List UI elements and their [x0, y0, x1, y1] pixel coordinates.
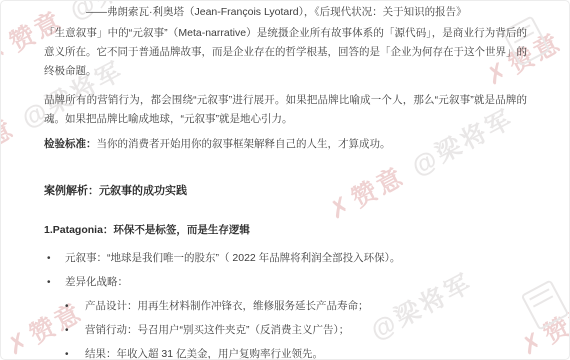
- criteria-line: 检验标准：当你的消费者开始用你的叙事框架解释自己的人生，才算成功。: [44, 135, 527, 154]
- bullet-dot: •: [65, 345, 69, 360]
- document-content: ——弗朗索瓦·利奥塔（Jean-François Lyotard），《后现代状况…: [1, 1, 569, 359]
- nested-bullet-item: •营销行动：号召用户“别买这件夹克”（反消费主义广告）；: [44, 321, 527, 340]
- bullet-text: 元叙事：“地球是我们唯一的股东”（ 2022 年品牌将利润全部投入环保）。: [65, 252, 400, 264]
- document-page: ✗赞意@梁将军 ✗赞意@梁将军 ✗赞意@梁将军 ✗赞意@梁将军 ✗赞意 @梁将军…: [0, 0, 570, 360]
- section-heading: 案例解析：元叙事的成功实践: [44, 182, 527, 201]
- criteria-label: 检验标准：: [44, 138, 97, 150]
- nested-bullet-item: •结果：年收入超 31 亿美金，用户复购率行业领先。: [44, 345, 527, 360]
- bullet-text: 营销行动：号召用户“别买这件夹克”（反消费主义广告）；: [85, 324, 349, 336]
- bullet-dot: •: [65, 297, 69, 316]
- intro-paragraph: 「生意叙事」中的“元叙事”（Meta-narrative）是统摄企业所有故事体系…: [44, 24, 527, 81]
- case-title: 1.Patagonia：环保不是标签，而是生存逻辑: [44, 221, 527, 240]
- criteria-text: 当你的消费者开始用你的叙事框架解释自己的人生，才算成功。: [97, 138, 391, 150]
- bullet-dot: •: [47, 249, 51, 268]
- bullet-dot: •: [47, 273, 51, 292]
- bullet-item: •元叙事：“地球是我们唯一的股东”（ 2022 年品牌将利润全部投入环保）。: [44, 249, 527, 268]
- bullet-item: •差异化战略：: [44, 273, 527, 292]
- nested-bullet-item: •产品设计：用再生材料制作冲锋衣，维修服务延长产品寿命；: [44, 297, 527, 316]
- metaphor-paragraph: 品牌所有的营销行为，都会围绕“元叙事”进行展开。如果把品牌比喻成一个人，那么“元…: [44, 91, 527, 129]
- bullet-dot: •: [65, 321, 69, 340]
- attribution-line: ——弗朗索瓦·利奥塔（Jean-François Lyotard），《后现代状况…: [44, 3, 527, 22]
- bullet-text: 产品设计：用再生材料制作冲锋衣，维修服务延长产品寿命；: [85, 300, 369, 312]
- bullet-text: 差异化战略：: [65, 276, 128, 288]
- bullet-text: 结果：年收入超 31 亿美金，用户复购率行业领先。: [85, 348, 323, 360]
- case-bullet-list: •元叙事：“地球是我们唯一的股东”（ 2022 年品牌将利润全部投入环保）。 •…: [44, 249, 527, 360]
